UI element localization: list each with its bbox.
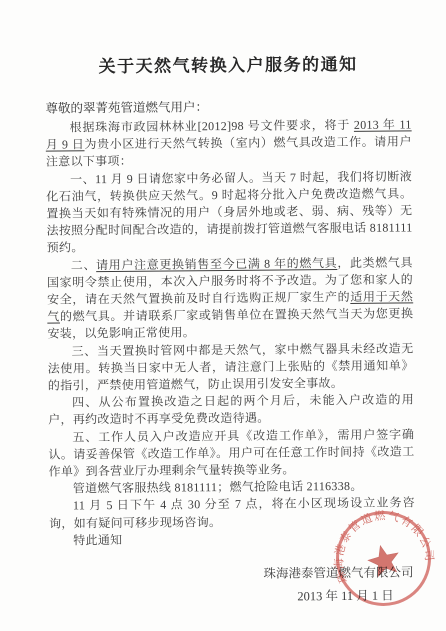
item-5-paragraph: 五、工作人员入户改造应开具《改造工作单》，需用户签字确认。请妥善保管《改造工作单… [48,426,414,481]
item-4-paragraph: 四、从公布置换改造之日起的两个月后，未能入户改造的用户，再约改造时不再享受免费改… [48,392,414,430]
intro-text-pre: 根据珠海市政园林林业[2012]98 号文件要求，将于 [70,118,354,134]
item-3-paragraph: 三、当天置换时管网中都是天然气，家中燃气器具未经改造无法使用。转换当日家中无人者… [48,340,414,395]
item-2-number: 二、 [71,258,96,272]
signature-date: 2013 年 11 月 1 日 [50,586,394,609]
intro-text-post: 为贵小区进行天然气转换（室内）燃气具改造工作。请用户注意以下事项： [46,135,412,169]
greeting-line: 尊敬的翠菁苑管道燃气用户： [45,96,411,118]
notice-content: 关于天然气转换入户服务的通知 尊敬的翠菁苑管道燃气用户： 根据珠海市政园林林业[… [45,52,416,608]
item-2-appliance-underlined: 请用户注意更换销售至今已满 8 年的燃气具 [96,256,337,272]
notice-title: 关于天然气转换入户服务的通知 [45,52,411,79]
item-1-paragraph: 一、11 月 9 日请您家中务必留人。当天 7 时起，我们将切断液化石油气，转换… [46,168,413,257]
item-2-paragraph: 二、请用户注意更换销售至今已满 8 年的燃气具，此类燃气具国家明令禁止使用，本次… [47,254,414,343]
intro-paragraph: 根据珠海市政园林林业[2012]98 号文件要求，将于 2013 年 11 月 … [46,116,412,171]
onsite-consult-line: 11 月 5 日下午 4 点 30 分至 7 点，将在小区现场设立业务咨询，如有… [49,495,415,533]
signature-company: 珠海港泰管道燃气有限公司 [49,562,413,585]
scanned-notice-page: 关于天然气转换入户服务的通知 尊敬的翠菁苑管道燃气用户： 根据珠海市政园林林业[… [0,0,446,631]
closing-line: 特此通知 [49,529,415,549]
item-2-text-post: 的燃气具。并请联系厂家或销售单位在置换天然气当天为您更换安装，以免影响正常使用。 [47,307,413,341]
